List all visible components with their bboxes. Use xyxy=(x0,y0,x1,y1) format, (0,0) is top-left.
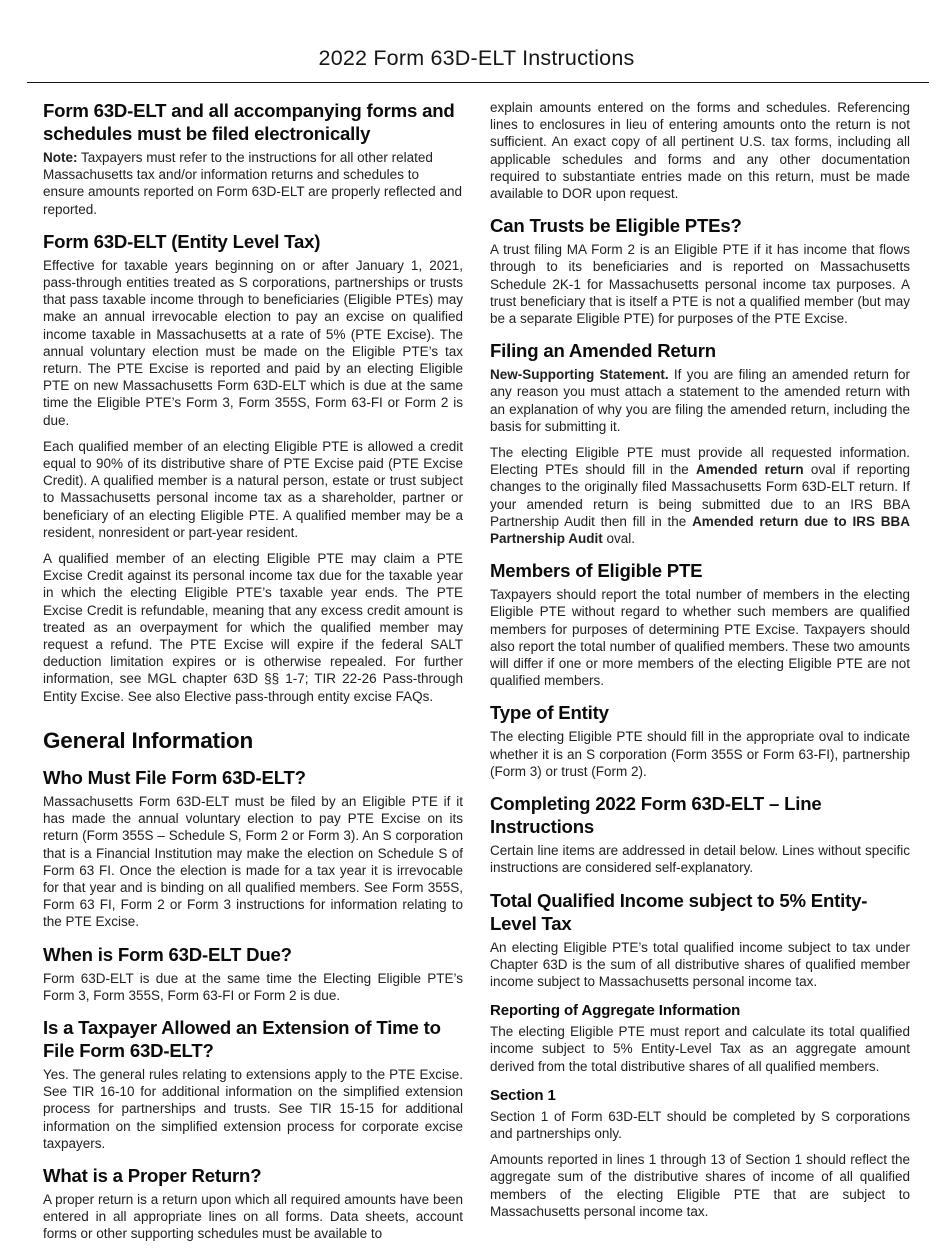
left-column: Form 63D-ELT and all accompanying forms … xyxy=(43,99,463,1252)
note-label: Note: xyxy=(43,150,78,165)
amended-return-oval-label: Amended return xyxy=(696,462,804,477)
paragraph-extension-of-time: Yes. The general rules relating to exten… xyxy=(43,1066,463,1152)
right-column: explain amounts entered on the forms and… xyxy=(490,99,910,1252)
heading-type-of-entity: Type of Entity xyxy=(490,701,910,724)
heading-when-due: When is Form 63D-ELT Due? xyxy=(43,943,463,966)
paragraph-members-of-eligible-pte: Taxpayers should report the total number… xyxy=(490,586,910,689)
paragraph-total-qualified-income: An electing Eligible PTE’s total qualifi… xyxy=(490,939,910,991)
heading-trusts-eligible-ptes: Can Trusts be Eligible PTEs? xyxy=(490,214,910,237)
heading-aggregate-information: Reporting of Aggregate Information xyxy=(490,1001,910,1020)
heading-section-1: Section 1 xyxy=(490,1086,910,1105)
paragraph-line-instructions: Certain line items are addressed in deta… xyxy=(490,842,910,876)
page-title: 2022 Form 63D-ELT Instructions xyxy=(43,46,910,70)
paragraph-amended-return-ovals: The electing Eligible PTE must provide a… xyxy=(490,444,910,547)
heading-members-of-eligible-pte: Members of Eligible PTE xyxy=(490,559,910,582)
amended-run-5: oval. xyxy=(603,531,635,546)
note-text: Taxpayers must refer to the instructions… xyxy=(43,150,462,217)
heading-total-qualified-income: Total Qualified Income subject to 5% Ent… xyxy=(490,889,910,935)
paragraph-section-1-lines: Amounts reported in lines 1 through 13 o… xyxy=(490,1151,910,1220)
paragraph-section-1-who: Section 1 of Form 63D-ELT should be comp… xyxy=(490,1108,910,1142)
paragraph-who-must-file: Massachusetts Form 63D-ELT must be filed… xyxy=(43,793,463,931)
paragraph-when-due: Form 63D-ELT is due at the same time the… xyxy=(43,970,463,1004)
heading-proper-return: What is a Proper Return? xyxy=(43,1164,463,1187)
paragraph-proper-return: A proper return is a return upon which a… xyxy=(43,1191,463,1243)
heading-entity-level-tax: Form 63D-ELT (Entity Level Tax) xyxy=(43,230,463,253)
heading-general-information: General Information xyxy=(43,727,463,754)
two-column-layout: Form 63D-ELT and all accompanying forms … xyxy=(43,99,910,1252)
title-divider xyxy=(27,82,929,83)
heading-amended-return: Filing an Amended Return xyxy=(490,339,910,362)
paragraph-supporting-statement: New-Supporting Statement. If you are fil… xyxy=(490,366,910,435)
paragraph-proper-return-continued: explain amounts entered on the forms and… xyxy=(490,99,910,202)
instructions-page: 2022 Form 63D-ELT Instructions Form 63D-… xyxy=(0,0,950,1253)
heading-efile-requirement: Form 63D-ELT and all accompanying forms … xyxy=(43,99,463,145)
heading-line-instructions: Completing 2022 Form 63D-ELT – Line Inst… xyxy=(490,792,910,838)
paragraph-type-of-entity: The electing Eligible PTE should fill in… xyxy=(490,728,910,780)
paragraph-trusts-eligible-ptes: A trust filing MA Form 2 is an Eligible … xyxy=(490,241,910,327)
heading-extension-of-time: Is a Taxpayer Allowed an Extension of Ti… xyxy=(43,1016,463,1062)
paragraph-pte-excise-overview: Effective for taxable years beginning on… xyxy=(43,257,463,429)
paragraph-credit-refundable: A qualified member of an electing Eligib… xyxy=(43,550,463,705)
note-paragraph: Note: Taxpayers must refer to the instru… xyxy=(43,149,463,218)
heading-who-must-file: Who Must File Form 63D-ELT? xyxy=(43,766,463,789)
paragraph-aggregate-information: The electing Eligible PTE must report an… xyxy=(490,1023,910,1075)
supporting-statement-label: New-Supporting Statement. xyxy=(490,367,669,382)
paragraph-qualified-member-credit: Each qualified member of an electing Eli… xyxy=(43,438,463,541)
